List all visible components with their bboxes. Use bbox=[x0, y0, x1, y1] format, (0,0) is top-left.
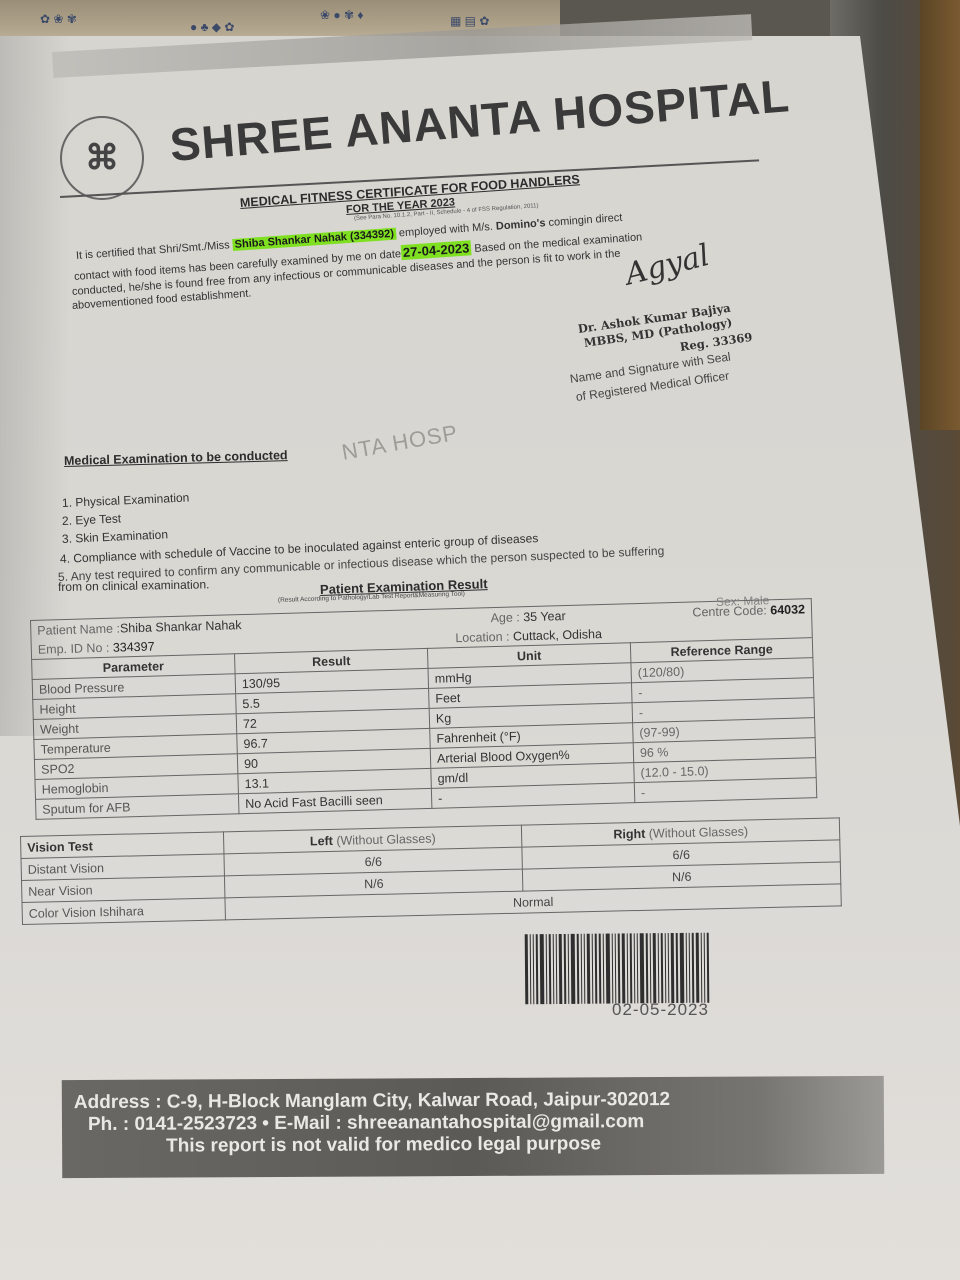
barcode-bar bbox=[704, 933, 706, 1003]
barcode-bar bbox=[696, 933, 700, 1003]
barcode-bar bbox=[556, 934, 558, 1004]
patient-name-label: Patient Name : bbox=[37, 621, 120, 637]
barcode-bar bbox=[646, 933, 649, 1003]
vision-table: Vision Test Left (Without Glasses) Right… bbox=[20, 817, 842, 925]
barcode-bar bbox=[546, 934, 548, 1004]
left-qualifier: (Without Glasses) bbox=[336, 831, 436, 847]
barcode-bar bbox=[599, 934, 602, 1004]
barcode-bar bbox=[671, 933, 675, 1003]
barcode-bar bbox=[650, 933, 652, 1003]
barcode-bar bbox=[568, 934, 570, 1004]
barcode-bar bbox=[603, 934, 605, 1004]
barcode-bar bbox=[549, 934, 552, 1004]
barcode-bar bbox=[658, 933, 660, 1003]
barcode-bar bbox=[627, 933, 629, 1003]
barcode-bar bbox=[577, 934, 580, 1004]
barcode-bar bbox=[692, 933, 695, 1003]
barcode-bar bbox=[595, 934, 598, 1004]
barcode-date: 02-05-2023 bbox=[612, 1000, 709, 1020]
left-label: Left bbox=[310, 833, 333, 848]
barcode-bar bbox=[606, 934, 611, 1004]
right-label: Right bbox=[613, 826, 645, 841]
barcode-bar bbox=[587, 934, 591, 1004]
emp-id: 334397 bbox=[113, 639, 155, 654]
footer-contact-bar: Address : C-9, H-Block Manglam City, Kal… bbox=[62, 1076, 885, 1178]
barcode-bar bbox=[553, 934, 555, 1004]
barcode-bar bbox=[584, 934, 586, 1004]
location-label: Location : bbox=[455, 629, 510, 645]
barcode-bar bbox=[615, 934, 617, 1004]
footer-disclaimer: This report is not valid for medico lega… bbox=[62, 1132, 884, 1158]
exam-item: 2. Eye Test bbox=[62, 511, 122, 528]
barcode-bar bbox=[530, 934, 532, 1004]
hospital-logo: ⌘ bbox=[60, 116, 144, 200]
patient-age: 35 Year bbox=[523, 609, 566, 624]
barcode-bar bbox=[689, 933, 691, 1003]
right-qualifier: (Without Glasses) bbox=[649, 824, 749, 840]
barcode-bar bbox=[701, 933, 703, 1003]
barcode-bar bbox=[661, 933, 664, 1003]
barcode-bar bbox=[707, 933, 710, 1003]
barcode-bar bbox=[637, 933, 639, 1003]
barcode-bar bbox=[592, 934, 594, 1004]
age-label: Age : bbox=[490, 610, 520, 625]
result-table: Patient Name :Shiba Shankar Nahak Age : … bbox=[30, 598, 817, 820]
barcode-bar bbox=[618, 933, 621, 1003]
barcode-bar bbox=[668, 933, 670, 1003]
barcode-bar bbox=[533, 934, 535, 1004]
color-vision-label: Color Vision Ishihara bbox=[22, 898, 225, 925]
barcode-bar bbox=[540, 934, 545, 1004]
patient-location: Cuttack, Odisha bbox=[513, 627, 602, 643]
barcode-bar bbox=[676, 933, 679, 1003]
barcode-bar bbox=[564, 934, 567, 1004]
barcode-bar bbox=[622, 933, 626, 1003]
barcode-bar bbox=[680, 933, 685, 1003]
exam-item: from on clinical examination. bbox=[58, 577, 210, 594]
centre-code: 64032 bbox=[770, 602, 805, 617]
barcode-bar bbox=[525, 934, 529, 1004]
barcode-bar bbox=[630, 933, 633, 1003]
emp-id-label: Emp. ID No : bbox=[38, 640, 110, 656]
barcode-bar bbox=[634, 933, 636, 1003]
barcode bbox=[525, 932, 823, 1005]
barcode-bar bbox=[653, 933, 657, 1003]
background-wood bbox=[920, 0, 960, 430]
barcode-bar bbox=[612, 934, 614, 1004]
hospital-cross-emblem-icon: ⌘ bbox=[82, 138, 122, 178]
patient-name: Shiba Shankar Nahak bbox=[120, 618, 242, 635]
barcode-bar bbox=[536, 934, 539, 1004]
barcode-bar bbox=[665, 933, 667, 1003]
barcode-bar bbox=[571, 934, 576, 1004]
centre-code-label: Centre Code: bbox=[692, 603, 767, 619]
barcode-bar bbox=[559, 934, 563, 1004]
barcode-bar bbox=[640, 933, 645, 1003]
barcode-bar bbox=[581, 934, 583, 1004]
barcode-bar bbox=[686, 933, 688, 1003]
